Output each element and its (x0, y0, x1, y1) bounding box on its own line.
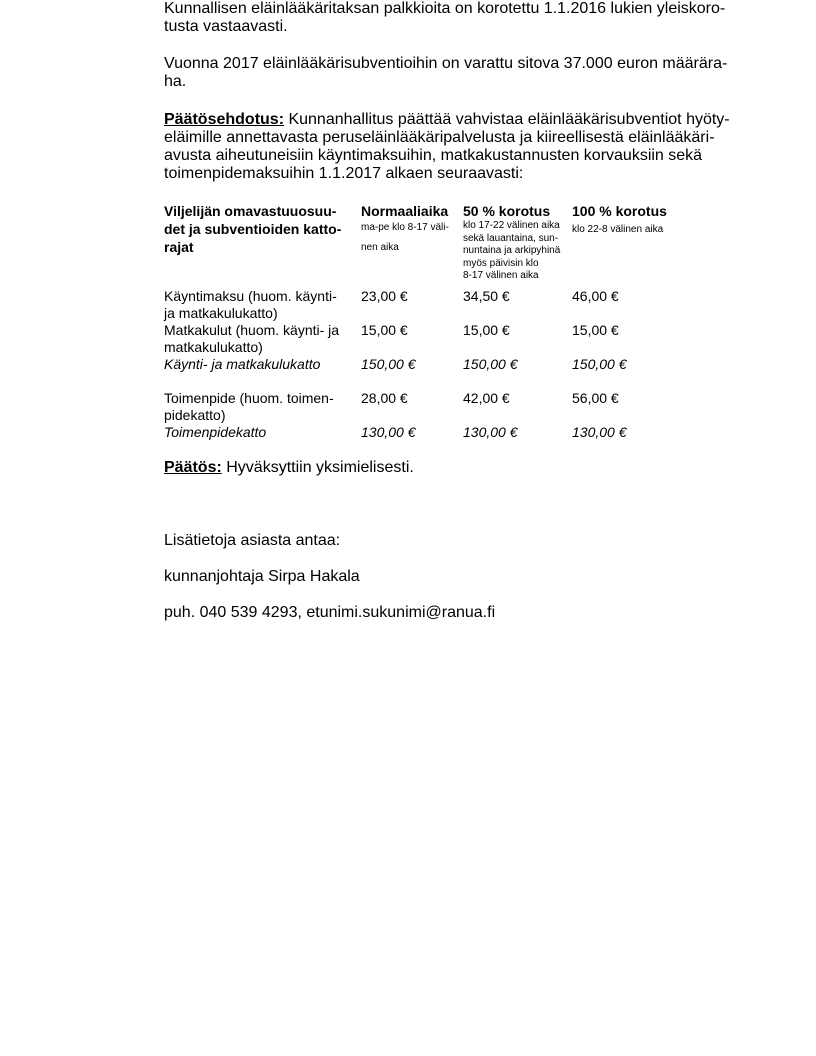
table-cell-value: 15,00 € (361, 322, 459, 339)
paragraph-proposal: Päätösehdotus: Kunnanhallitus päättää va… (164, 111, 744, 183)
table-row-label: Toimenpidekatto (164, 424, 354, 441)
decision-label: Päätös: (164, 459, 222, 476)
table-cell-value: 42,00 € (463, 390, 568, 407)
header-title: 100 % korotus (572, 202, 692, 220)
document-page: Kunnallisen eläinlääkäritaksan palkkioit… (0, 0, 816, 1056)
paragraph-fee-increase: Kunnallisen eläinlääkäritaksan palkkioit… (164, 0, 744, 36)
table-cell-value: 150,00 € (572, 356, 692, 373)
table-cell-value: 130,00 € (572, 424, 692, 441)
table-cell-value: 23,00 € (361, 288, 459, 305)
table-header-100-percent: 100 % korotus klo 22-8 välinen aika (572, 202, 692, 236)
table-cell-value: 34,50 € (463, 288, 568, 305)
table-cell-value: 150,00 € (463, 356, 568, 373)
header-title: 50 % korotus (463, 202, 568, 220)
table-row-label: Käyntimaksu (huom. käynti- ja matkakuluk… (164, 288, 354, 322)
table-header-category: Viljelijän omavastuuosuu- det ja subvent… (164, 202, 354, 256)
table-cell-value: 130,00 € (463, 424, 568, 441)
paragraph-decision: Päätös: Hyväksyttiin yksimielisesti. (164, 459, 744, 477)
proposal-label: Päätösehdotus: (164, 111, 284, 128)
contact-details: puh. 040 539 4293, etunimi.sukunimi@ranu… (164, 604, 744, 622)
table-cell-value: 56,00 € (572, 390, 692, 407)
contact-intro: Lisätietoja asiasta antaa: (164, 532, 744, 550)
table-cell-value: 46,00 € (572, 288, 692, 305)
header-subtitle: ma-pe klo 8-17 väli- nen aika (361, 218, 459, 258)
table-row-label: Matkakulut (huom. käynti- ja matkakuluka… (164, 322, 354, 356)
header-subtitle: klo 17-22 välinen aika sekä lauantaina, … (463, 220, 568, 283)
table-cell-value: 130,00 € (361, 424, 459, 441)
table-header-50-percent: 50 % korotus klo 17-22 välinen aika sekä… (463, 202, 568, 283)
contact-name: kunnanjohtaja Sirpa Hakala (164, 568, 744, 586)
table-header-normal: Normaaliaika ma-pe klo 8-17 väli- nen ai… (361, 202, 459, 258)
contact-info: Lisätietoja asiasta antaa: kunnanjohtaja… (164, 514, 744, 640)
table-row-label: Käynti- ja matkakulukatto (164, 356, 354, 373)
table-cell-value: 150,00 € (361, 356, 459, 373)
header-subtitle: klo 22-8 välinen aika (572, 223, 692, 236)
table-cell-value: 28,00 € (361, 390, 459, 407)
table-row-label: Toimenpide (huom. toimen- pidekatto) (164, 390, 354, 424)
table-cell-value: 15,00 € (572, 322, 692, 339)
paragraph-budget: Vuonna 2017 eläinlääkärisubventioihin on… (164, 55, 744, 91)
decision-text: Hyväksyttiin yksimielisesti. (222, 459, 414, 476)
table-cell-value: 15,00 € (463, 322, 568, 339)
